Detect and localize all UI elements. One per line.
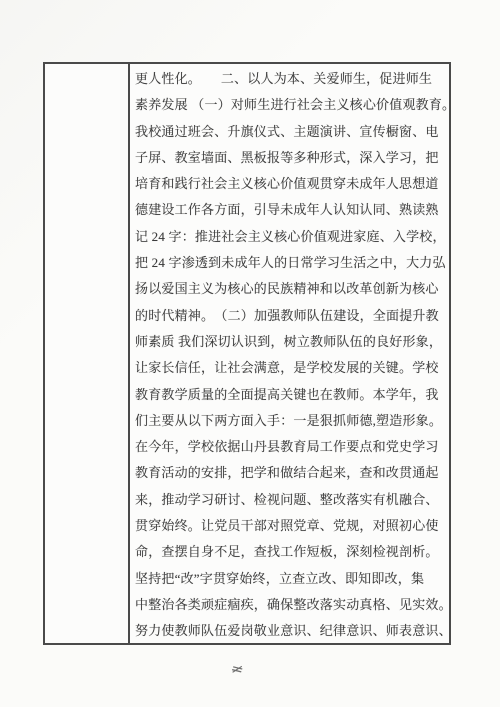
text-line: 来，推动学习研讨、检视问题、整改落实有机融合、 <box>135 487 448 513</box>
table-left-cell <box>45 64 130 643</box>
text-line: 更人性化。 二、以人为本、关爱师生，促进师生 <box>135 66 448 92</box>
text-line: 扬以爱国主义为核心的民族精神和以改革创新为核心 <box>135 276 448 302</box>
handwritten-page-mark: ≠ <box>228 659 246 679</box>
text-line: 中整治各类顽症痼疾，确保整改落实动真格、见实效。 <box>135 592 448 618</box>
text-line: 子屏、教室墙面、黑板报等多种形式，深入学习，把 <box>135 145 448 171</box>
text-line: 的时代精神。 （二）加强教师队伍建设，全面提升教 <box>135 303 448 329</box>
text-line: 师素质 我们深切认识到，树立教师队伍的良好形象， <box>135 329 448 355</box>
text-line: 贯穿始终。让党员干部对照党章、党规，对照初心使 <box>135 513 448 539</box>
text-line: 我校通过班会、升旗仪式、主题演讲、宣传橱窗、电 <box>135 119 448 145</box>
text-line: 教育教学质量的全面提高关键也在教师。本学年，我 <box>135 382 448 408</box>
text-line: 把 24 字渗透到未成年人的日常学习生活之中，大力弘 <box>135 250 448 276</box>
table-text-cell: 更人性化。 二、以人为本、关爱师生，促进师生 素养发展 （一）对师生进行社会主义… <box>130 64 449 643</box>
text-line: 在今年，学校依据山丹县教育局工作要点和党史学习 <box>135 434 448 460</box>
text-line: 努力使教师队伍爱岗敬业意识、纪律意识、师表意识、 <box>135 618 448 643</box>
text-line: 命，查摆自身不足，查找工作短板，深刻检视剖析。 <box>135 539 448 565</box>
text-line: 让家长信任，让社会满意，是学校发展的关键。学校 <box>135 355 448 381</box>
text-line: 德建设工作各方面，引导未成年人认知认同、熟读熟 <box>135 197 448 223</box>
text-line: 素养发展 （一）对师生进行社会主义核心价值观教育。 <box>135 92 448 118</box>
text-line: 记 24 字：推进社会主义核心价值观进家庭、入学校， <box>135 224 448 250</box>
scanned-document-page: { "colors": { "page_bg": "#fbfbf9", "tab… <box>0 0 500 707</box>
text-line: 教育活动的安排，把学和做结合起来，查和改贯通起 <box>135 460 448 486</box>
text-line: 培育和践行社会主义核心价值观贯穿未成年人思想道 <box>135 171 448 197</box>
text-line: 坚持把“改”字贯穿始终，立查立改、即知即改，集 <box>135 566 448 592</box>
document-table: 更人性化。 二、以人为本、关爱师生，促进师生 素养发展 （一）对师生进行社会主义… <box>43 62 451 645</box>
text-line: 们主要从以下两方面入手：一是狠抓师德,塑造形象。 <box>135 408 448 434</box>
